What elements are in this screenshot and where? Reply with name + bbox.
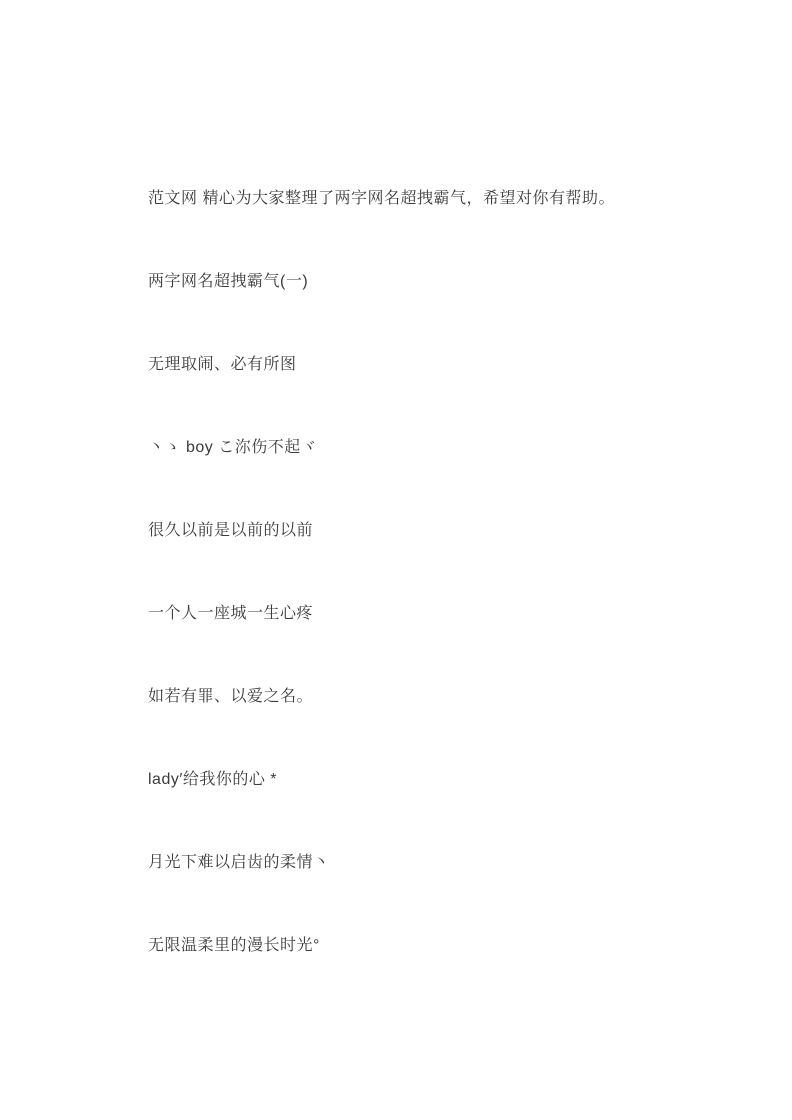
net-name-item: 月光下难以启齿的柔情丶 — [148, 852, 692, 873]
net-name-item: 如若有罪、以爱之名。 — [148, 686, 692, 707]
document-body: 范文网 精心为大家整理了两字网名超拽霸气，希望对你有帮助。 两字网名超拽霸气(一… — [148, 188, 692, 1018]
net-name-item: lady′给我你的心 * — [148, 769, 692, 790]
net-name-item: 无限温柔里的漫长时光° — [148, 935, 692, 956]
net-name-item: 一个人一座城一生心疼 — [148, 603, 692, 624]
section-heading: 两字网名超拽霸气(一) — [148, 271, 692, 292]
net-name-item: 无理取闹、必有所图 — [148, 354, 692, 375]
net-name-item: 很久以前是以前的以前 — [148, 520, 692, 541]
document-page: 范文网 精心为大家整理了两字网名超拽霸气，希望对你有帮助。 两字网名超拽霸气(一… — [0, 0, 792, 1120]
net-name-item: 丶ゝ boy こ沵伤不起ヾ — [148, 437, 692, 458]
intro-line: 范文网 精心为大家整理了两字网名超拽霸气，希望对你有帮助。 — [148, 188, 692, 209]
